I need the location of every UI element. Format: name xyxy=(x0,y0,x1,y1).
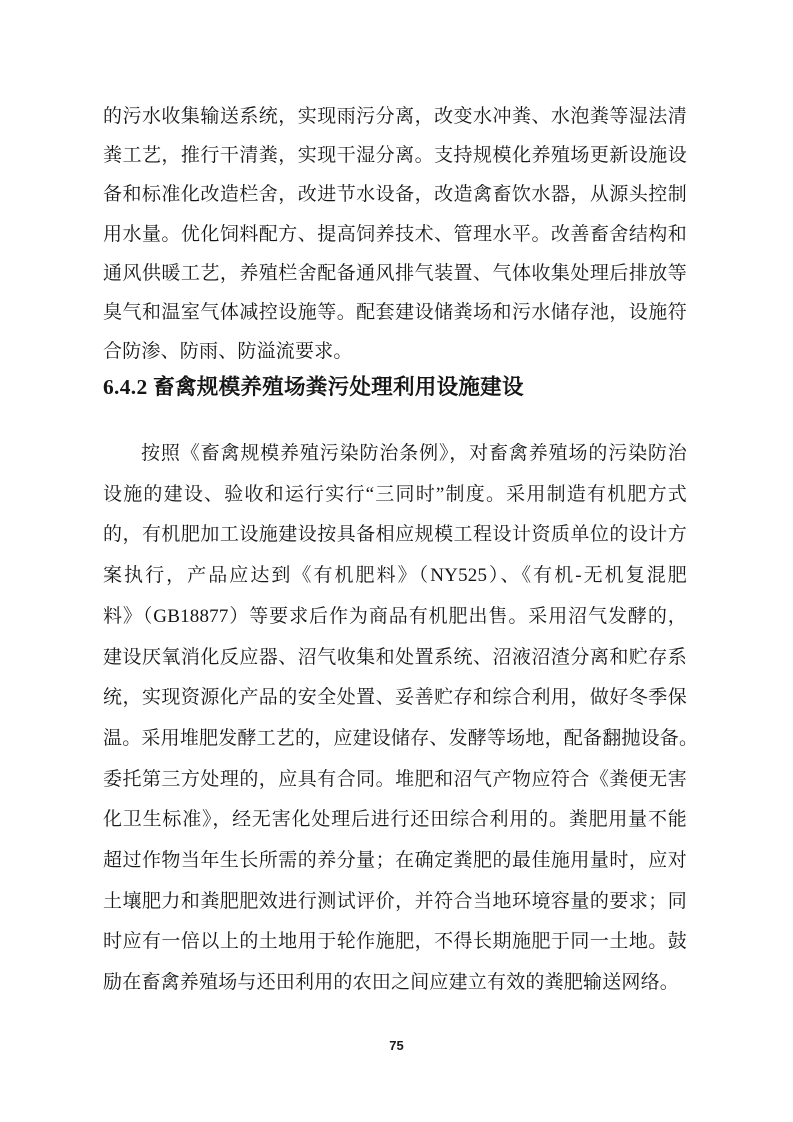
text-line: 粪工艺，推行干清粪，实现干湿分离。支持规模化养殖场更新设施设 xyxy=(103,136,687,175)
text-line: 用水量。优化饲料配方、提高饲养技术、管理水平。改善畜舍结构和 xyxy=(103,215,687,254)
text-line: 时应有一倍以上的土地用于轮作施肥，不得长期施肥于同一土地。鼓 xyxy=(103,922,687,963)
text-line: 温。采用堆肥发酵工艺的，应建设储存、发酵等场地，配备翻抛设备。 xyxy=(103,719,687,760)
text-line: 通风供暖工艺，养殖栏舍配备通风排气装置、气体收集处理后排放等 xyxy=(103,254,687,293)
text-line: 料》（GB18877）等要求后作为商品有机肥出售。采用沼气发酵的， xyxy=(103,597,687,638)
text-line: 统，实现资源化产品的安全处置、妥善贮存和综合利用，做好冬季保 xyxy=(103,678,687,719)
text-line: 委托第三方处理的，应具有合同。堆肥和沼气产物应符合《粪便无害 xyxy=(103,760,687,801)
paragraph-main: 按照《畜禽规模养殖污染防治条例》，对畜禽养殖场的污染防治设施的建设、验收和运行实… xyxy=(103,434,687,1004)
text-line: 案执行，产品应达到《有机肥料》（NY525）、《有机-无机复混肥 xyxy=(103,556,687,597)
text-line: 合防渗、防雨、防溢流要求。 xyxy=(103,332,687,371)
text-line: 按照《畜禽规模养殖污染防治条例》，对畜禽养殖场的污染防治 xyxy=(103,434,687,475)
text-line: 设施的建设、验收和运行实行“三同时”制度。采用制造有机肥方式 xyxy=(103,475,687,516)
text-line: 建设厌氧消化反应器、沼气收集和处置系统、沼液沼渣分离和贮存系 xyxy=(103,638,687,679)
paragraph-continuation: 的污水收集输送系统，实现雨污分离，改变水冲粪、水泡粪等湿法清粪工艺，推行干清粪，… xyxy=(103,97,687,371)
text-line: 土壤肥力和粪肥肥效进行测试评价，并符合当地环境容量的要求；同 xyxy=(103,882,687,923)
text-line: 励在畜禽养殖场与还田利用的农田之间应建立有效的粪肥输送网络。 xyxy=(103,963,687,1004)
text-line: 的污水收集输送系统，实现雨污分离，改变水冲粪、水泡粪等湿法清 xyxy=(103,97,687,136)
page-number: 75 xyxy=(0,1038,793,1053)
text-line: 臭气和温室气体减控设施等。配套建设储粪场和污水储存池，设施符 xyxy=(103,293,687,332)
text-line: 备和标准化改造栏舍，改进节水设备，改造禽畜饮水器，从源头控制 xyxy=(103,175,687,214)
text-line: 化卫生标准》，经无害化处理后进行还田综合利用的。粪肥用量不能 xyxy=(103,800,687,841)
text-line: 超过作物当年生长所需的养分量；在确定粪肥的最佳施用量时，应对 xyxy=(103,841,687,882)
document-page: 的污水收集输送系统，实现雨污分离，改变水冲粪、水泡粪等湿法清粪工艺，推行干清粪，… xyxy=(0,0,793,1122)
section-heading: 6.4.2 畜禽规模养殖场粪污处理利用设施建设 xyxy=(103,375,524,401)
text-line: 的，有机肥加工设施建设按具备相应规模工程设计资质单位的设计方 xyxy=(103,515,687,556)
